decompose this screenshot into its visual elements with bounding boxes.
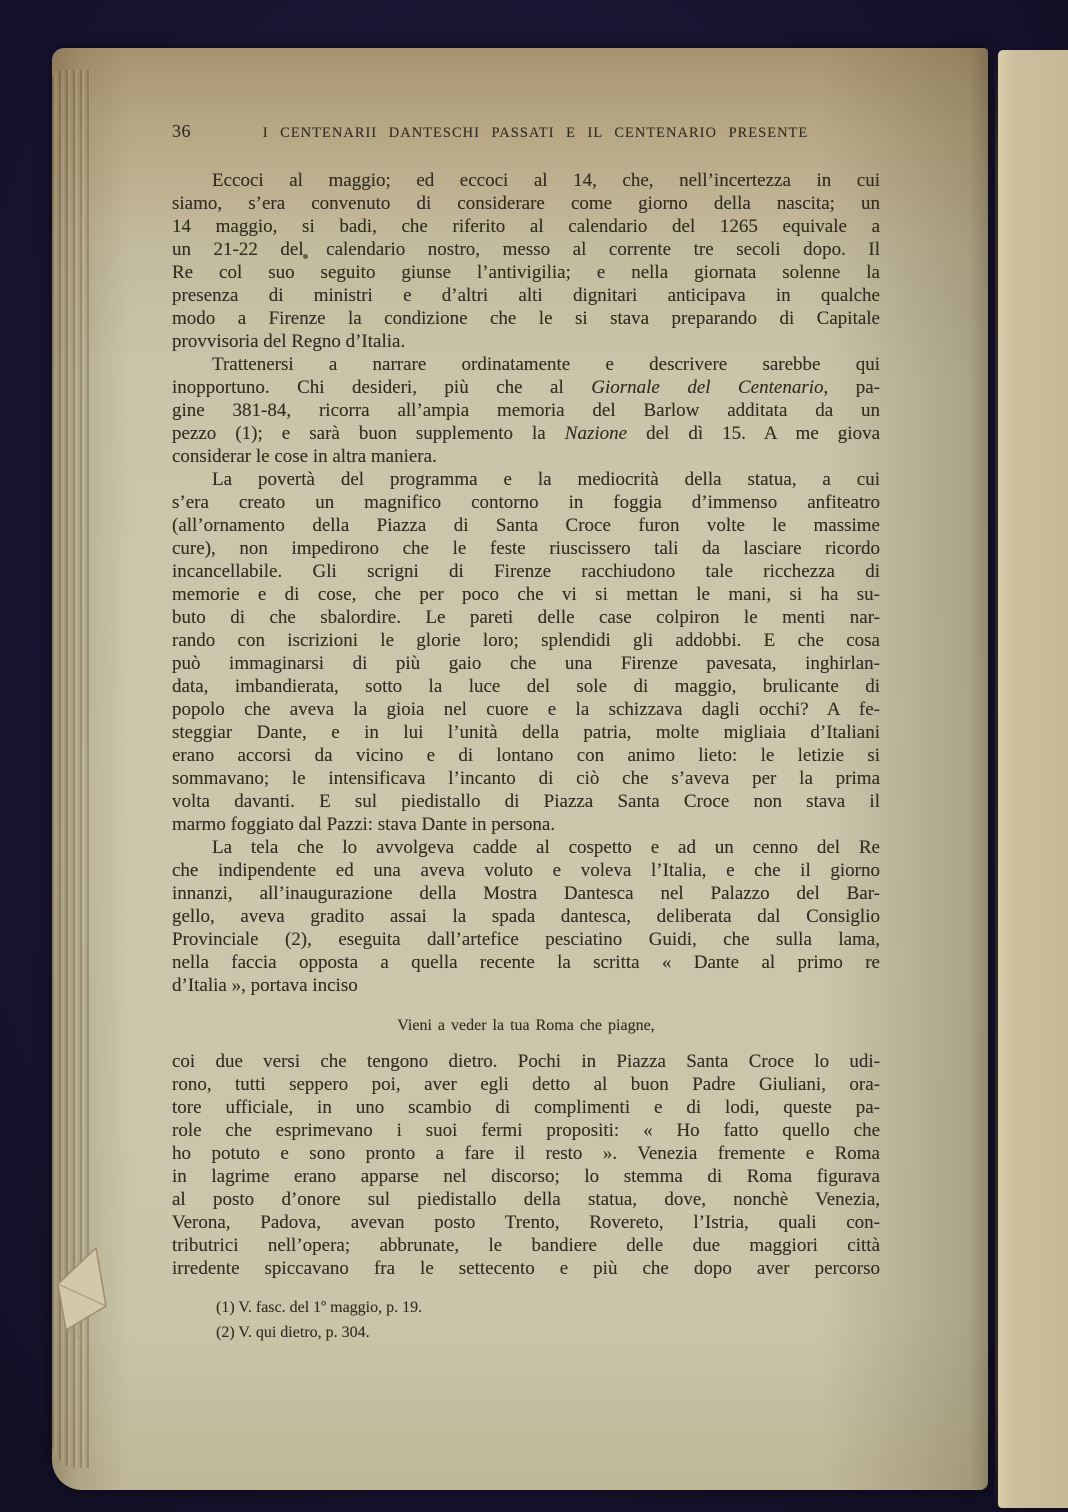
running-header-title: I CENTENARII DANTESCHI PASSATI E IL CENT… xyxy=(191,125,880,142)
text-line: s’era creato un magnifico contorno in fo… xyxy=(172,491,880,514)
text-line: pezzo (1); e sarà buon supplemento la Na… xyxy=(172,422,880,445)
page-text: Eccoci al maggio; ed eccoci al 14, che, … xyxy=(172,169,880,1345)
paragraph: Trattenersi a narrare ordinatamente e de… xyxy=(172,353,880,468)
text-line: rono, tutti seppero poi, aver egli detto… xyxy=(172,1073,880,1096)
text-line: considerar le cose in altra maniera. xyxy=(172,445,880,468)
paragraph: coi due versi che tengono dietro. Pochi … xyxy=(172,1050,880,1280)
text-line: che indipendente ed una aveva voluto e v… xyxy=(172,859,880,882)
text-line: Trattenersi a narrare ordinatamente e de… xyxy=(172,353,880,376)
text-line: Verona, Padova, avevan posto Trento, Rov… xyxy=(172,1211,880,1234)
text-line: (2) V. qui dietro, p. 304. xyxy=(172,1320,880,1345)
text-line: cure), non impedirono che le feste riusc… xyxy=(172,537,880,560)
text-line: in lagrime erano apparse nel discorso; l… xyxy=(172,1165,880,1188)
text-line: innanzi, all’inaugurazione della Mostra … xyxy=(172,882,880,905)
text-line: ho potuto e sono pronto a fare il resto … xyxy=(172,1142,880,1165)
text-line: nella faccia opposta a quella recente la… xyxy=(172,951,880,974)
paragraph: Eccoci al maggio; ed eccoci al 14, che, … xyxy=(172,169,880,353)
paragraph: La povertà del programma e la mediocrità… xyxy=(172,468,880,836)
page-number: 36 xyxy=(172,121,191,142)
text-line: incancellabile. Gli scrigni di Firenze r… xyxy=(172,560,880,583)
text-line: 14 maggio, si badi, che riferito al cale… xyxy=(172,215,880,238)
text-line: Provinciale (2), eseguita dall’artefice … xyxy=(172,928,880,951)
text-line: provvisoria del Regno d’Italia. xyxy=(172,330,880,353)
text-line: irredente spiccavano fra le settecento e… xyxy=(172,1257,880,1280)
text-line: steggiar Dante, e in lui l’unità della p… xyxy=(172,721,880,744)
text-line: popolo che aveva la gioia nel cuore e la… xyxy=(172,698,880,721)
text-line: Re col suo seguito giunse l’antivigilia;… xyxy=(172,261,880,284)
text-line: La povertà del programma e la mediocrità… xyxy=(172,468,880,491)
verse: Vieni a veder la tua Roma che piagne, xyxy=(172,1014,880,1037)
text-line: erano accorsi da vicino e di lontano con… xyxy=(172,744,880,767)
text-line: un 21-22 del calendario nostro, messo al… xyxy=(172,238,880,261)
text-line: marmo foggiato dal Pazzi: stava Dante in… xyxy=(172,813,880,836)
text-line: rando con iscrizioni le glorie loro; spl… xyxy=(172,629,880,652)
text-line: volta davanti. E sul piedistallo di Piaz… xyxy=(172,790,880,813)
text-line: presenza di ministri e d’altri alti dign… xyxy=(172,284,880,307)
text-line: gine 381-84, ricorra all’ampia memoria d… xyxy=(172,399,880,422)
text-line: role che esprimevano i suoi fermi propos… xyxy=(172,1119,880,1142)
text-line: La tela che lo avvolgeva cadde al cospet… xyxy=(172,836,880,859)
text-line: (1) V. fasc. del 1º maggio, p. 19. xyxy=(172,1295,880,1320)
text-line: coi due versi che tengono dietro. Pochi … xyxy=(172,1050,880,1073)
paragraph: La tela che lo avvolgeva cadde al cospet… xyxy=(172,836,880,997)
text-line: Eccoci al maggio; ed eccoci al 14, che, … xyxy=(172,169,880,192)
text-line: può immaginarsi di più gaio che una Fire… xyxy=(172,652,880,675)
text-line: Vieni a veder la tua Roma che piagne, xyxy=(172,1014,880,1037)
text-line: data, imbandierata, sotto la luce del so… xyxy=(172,675,880,698)
text-line: (all’ornamento della Piazza di Santa Cro… xyxy=(172,514,880,537)
scanner-background: 36 I CENTENARII DANTESCHI PASSATI E IL C… xyxy=(0,0,1068,1512)
text-line: modo a Firenze la condizione che le si s… xyxy=(172,307,880,330)
text-line: al posto d’onore sul piedistallo della s… xyxy=(172,1188,880,1211)
text-line: tore ufficiale, in uno scambio di compli… xyxy=(172,1096,880,1119)
text-line: d’Italia », portava inciso xyxy=(172,974,880,997)
text-line: inopportuno. Chi desideri, più che al Gi… xyxy=(172,376,880,399)
text-line: siamo, s’era convenuto di considerare co… xyxy=(172,192,880,215)
footnotes: (1) V. fasc. del 1º maggio, p. 19.(2) V.… xyxy=(172,1295,880,1345)
text-line: memorie e di cose, che per poco che vi s… xyxy=(172,583,880,606)
book-right-page xyxy=(998,50,1068,1508)
running-header: 36 I CENTENARII DANTESCHI PASSATI E IL C… xyxy=(172,121,880,142)
text-line: gello, aveva gradito assai la spada dant… xyxy=(172,905,880,928)
text-line: sommavano; le intensificava l’incanto di… xyxy=(172,767,880,790)
text-line: tributrici nell’opera; abbrunate, le ban… xyxy=(172,1234,880,1257)
text-line: buto di che sbalordire. Le pareti delle … xyxy=(172,606,880,629)
dog-ear-fold xyxy=(54,1244,124,1340)
